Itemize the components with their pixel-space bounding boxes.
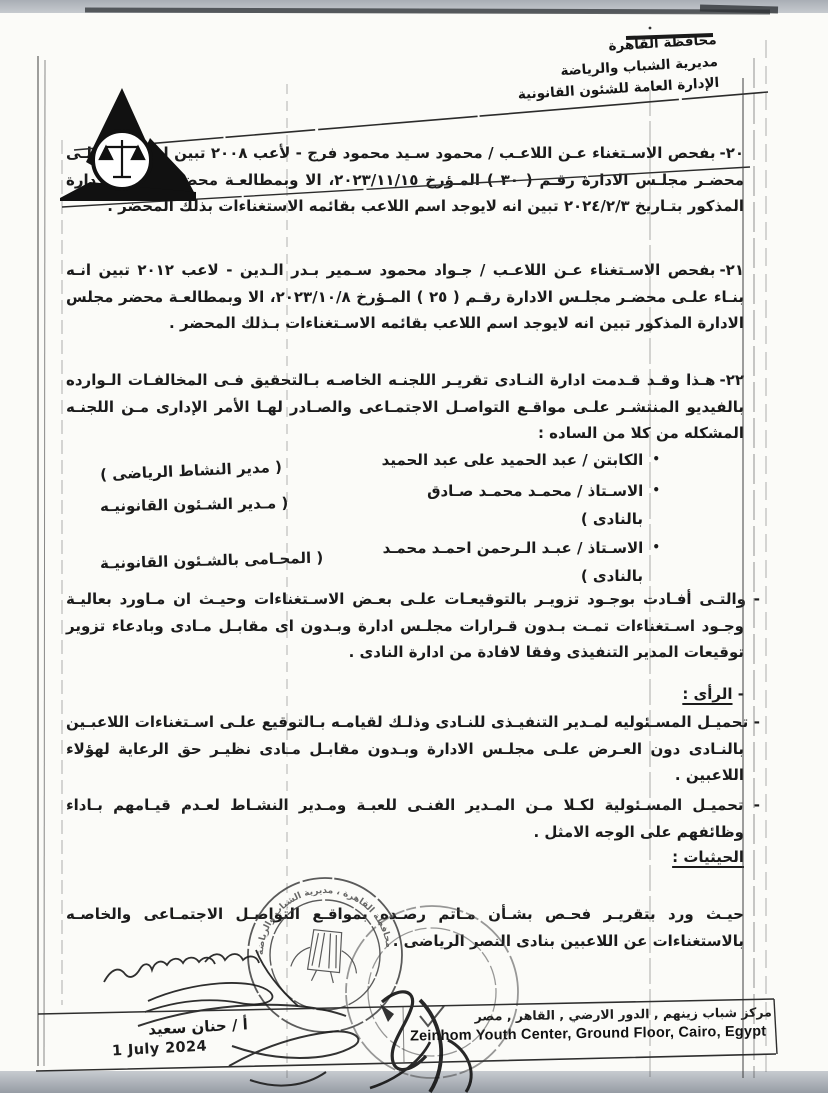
item-20-number: ٢٠-: [719, 144, 744, 162]
rationale-heading-line: الحيثيات :: [66, 844, 744, 871]
bullet-icon: •: [652, 446, 660, 473]
opinion-heading-line: - الرأى :: [66, 681, 744, 708]
findings-paragraph: - والتـى أفـادت بوجـود تزويـر بالتوقيعـا…: [66, 586, 760, 666]
scanned-document: محافظة القاهرة مديرية الشباب والرياضة ال…: [0, 0, 828, 1093]
item-22-number: ٢٢-: [719, 371, 744, 389]
opinion-point-1: - تحميـل المسـئوليه لمـدير التنفيـذى للن…: [66, 709, 760, 789]
footer-address: مركز شباب زينهم , الدور الارضي , القاهر …: [404, 1004, 772, 1044]
member-2-role: ( مـدير الشـئون القانونيـه: [100, 489, 362, 520]
bullet-icon: •: [652, 534, 660, 561]
item-22-text: هـذا وقـد قـدمت ادارة النـادى تقريـر الل…: [66, 371, 744, 442]
rationale-heading: الحيثيات :: [672, 848, 744, 866]
bullet-icon: •: [652, 477, 660, 504]
paragraph-item-22: ٢٢-هـذا وقـد قـدمت ادارة النـادى تقريـر …: [66, 367, 744, 447]
member-2-name: الاسـتاذ / محمـد محمـد صـادق: [427, 482, 643, 500]
opinion-point-2: - تحميـل المسـئولية لكـلا مـن المـدير ال…: [66, 792, 760, 845]
opinion-heading: الرأى :: [682, 685, 732, 703]
item-20-text: بفحص الاسـتغناء عـن اللاعـب / محمود سـيد…: [66, 144, 744, 215]
committee-list: •الكابتن / عبد الحميد على عبد الحميد ( م…: [100, 447, 660, 592]
scan-bottom-band: [0, 1071, 828, 1093]
opinion-dash: -: [738, 685, 744, 703]
committee-member-1: •الكابتن / عبد الحميد على عبد الحميد ( م…: [100, 447, 660, 475]
member-1-name: الكابتن / عبد الحميد على عبد الحميد: [382, 451, 644, 469]
committee-member-2: •الاسـتاذ / محمـد محمـد صـادق بالنادى ) …: [100, 478, 660, 532]
committee-member-3: •الاسـتاذ / عبـد الـرحمن احمـد محمـد بال…: [100, 535, 660, 589]
member-3-name: الاسـتاذ / عبـد الـرحمن احمـد محمـد: [383, 539, 644, 557]
paragraph-item-20: ٢٠-بفحص الاسـتغناء عـن اللاعـب / محمود س…: [66, 140, 744, 220]
item-21-number: ٢١-: [719, 261, 744, 279]
rationale-paragraph: حيـث ورد بتقريـر فحـص بشـأن مـاتم رصـده …: [66, 901, 744, 954]
item-21-text: بفحص الاسـتغناء عـن اللاعـب / جـواد محمو…: [66, 261, 744, 332]
paragraph-item-21: ٢١-بفحص الاسـتغناء عـن اللاعـب / جـواد م…: [66, 257, 744, 337]
